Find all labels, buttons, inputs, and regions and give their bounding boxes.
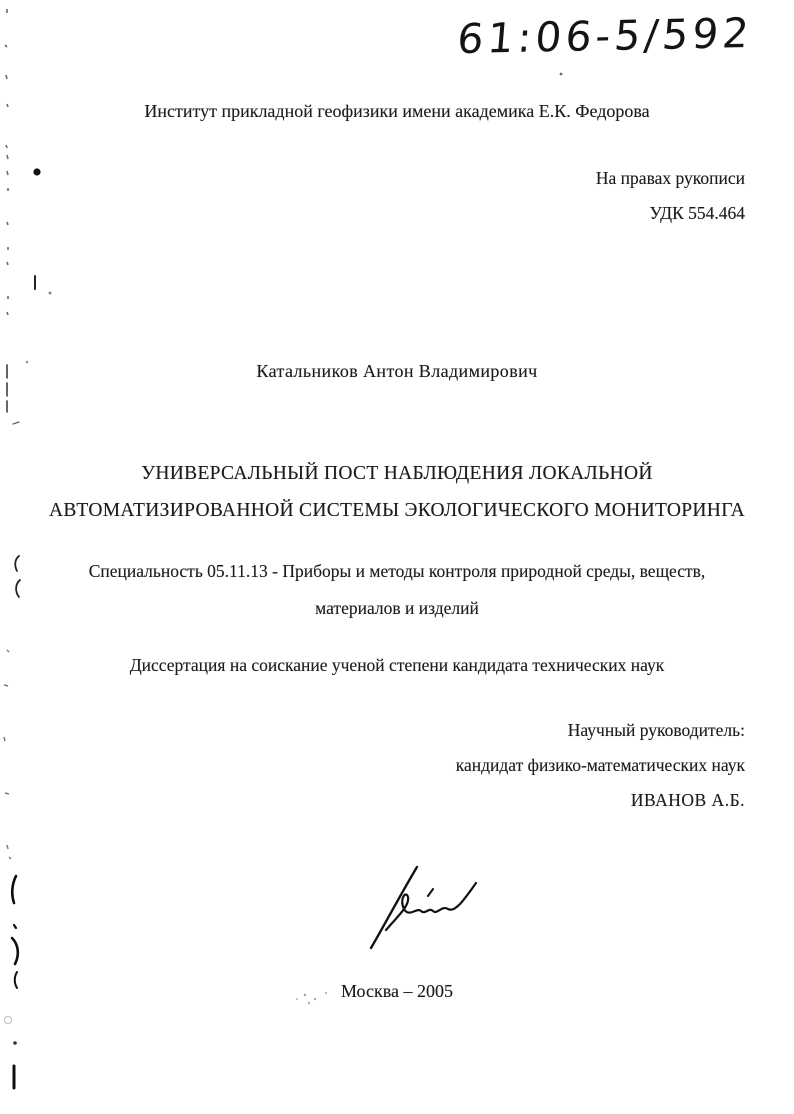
signature xyxy=(358,860,478,955)
advisor-label: Научный руководитель: xyxy=(568,720,745,741)
advisor-name: ИВАНОВ А.Б. xyxy=(631,790,745,811)
margin-ticks xyxy=(7,276,35,424)
dissertation-title: УНИВЕРСАЛЬНЫЙ ПОСТ НАБЛЮДЕНИЯ ЛОКАЛЬНОЙ … xyxy=(0,455,794,529)
udk-number: УДК 554.464 xyxy=(650,203,745,224)
dissertation-statement: Диссертация на соискание ученой степени … xyxy=(0,655,794,676)
manuscript-rights-note: На правах рукописи xyxy=(596,168,745,189)
author-name: Катальников Антон Владимирович xyxy=(0,361,794,382)
specialty-statement: Специальность 05.11.13 - Приборы и метод… xyxy=(0,553,794,627)
institute-name: Институт прикладной геофизики имени акад… xyxy=(0,101,794,122)
city-year: Москва – 2005 xyxy=(0,981,794,1002)
title-line-2: АВТОМАТИЗИРОВАННОЙ СИСТЕМЫ ЭКОЛОГИЧЕСКОГ… xyxy=(0,492,794,529)
dissertation-title-page: 61:06-5/592 Институт прикладной геофизик… xyxy=(0,0,794,1114)
left-edge-specks xyxy=(5,9,8,315)
specialty-line-1: Специальность 05.11.13 - Приборы и метод… xyxy=(0,553,794,590)
ink-dot-small xyxy=(560,73,563,76)
handwritten-catalog-code: 61:06-5/592 xyxy=(453,9,757,63)
title-line-1: УНИВЕРСАЛЬНЫЙ ПОСТ НАБЛЮДЕНИЯ ЛОКАЛЬНОЙ xyxy=(0,455,794,492)
specialty-line-2: материалов и изделий xyxy=(0,590,794,627)
mid-left-specks xyxy=(4,650,11,859)
ink-dot xyxy=(33,168,40,175)
advisor-degree: кандидат физико-математических наук xyxy=(456,755,745,776)
